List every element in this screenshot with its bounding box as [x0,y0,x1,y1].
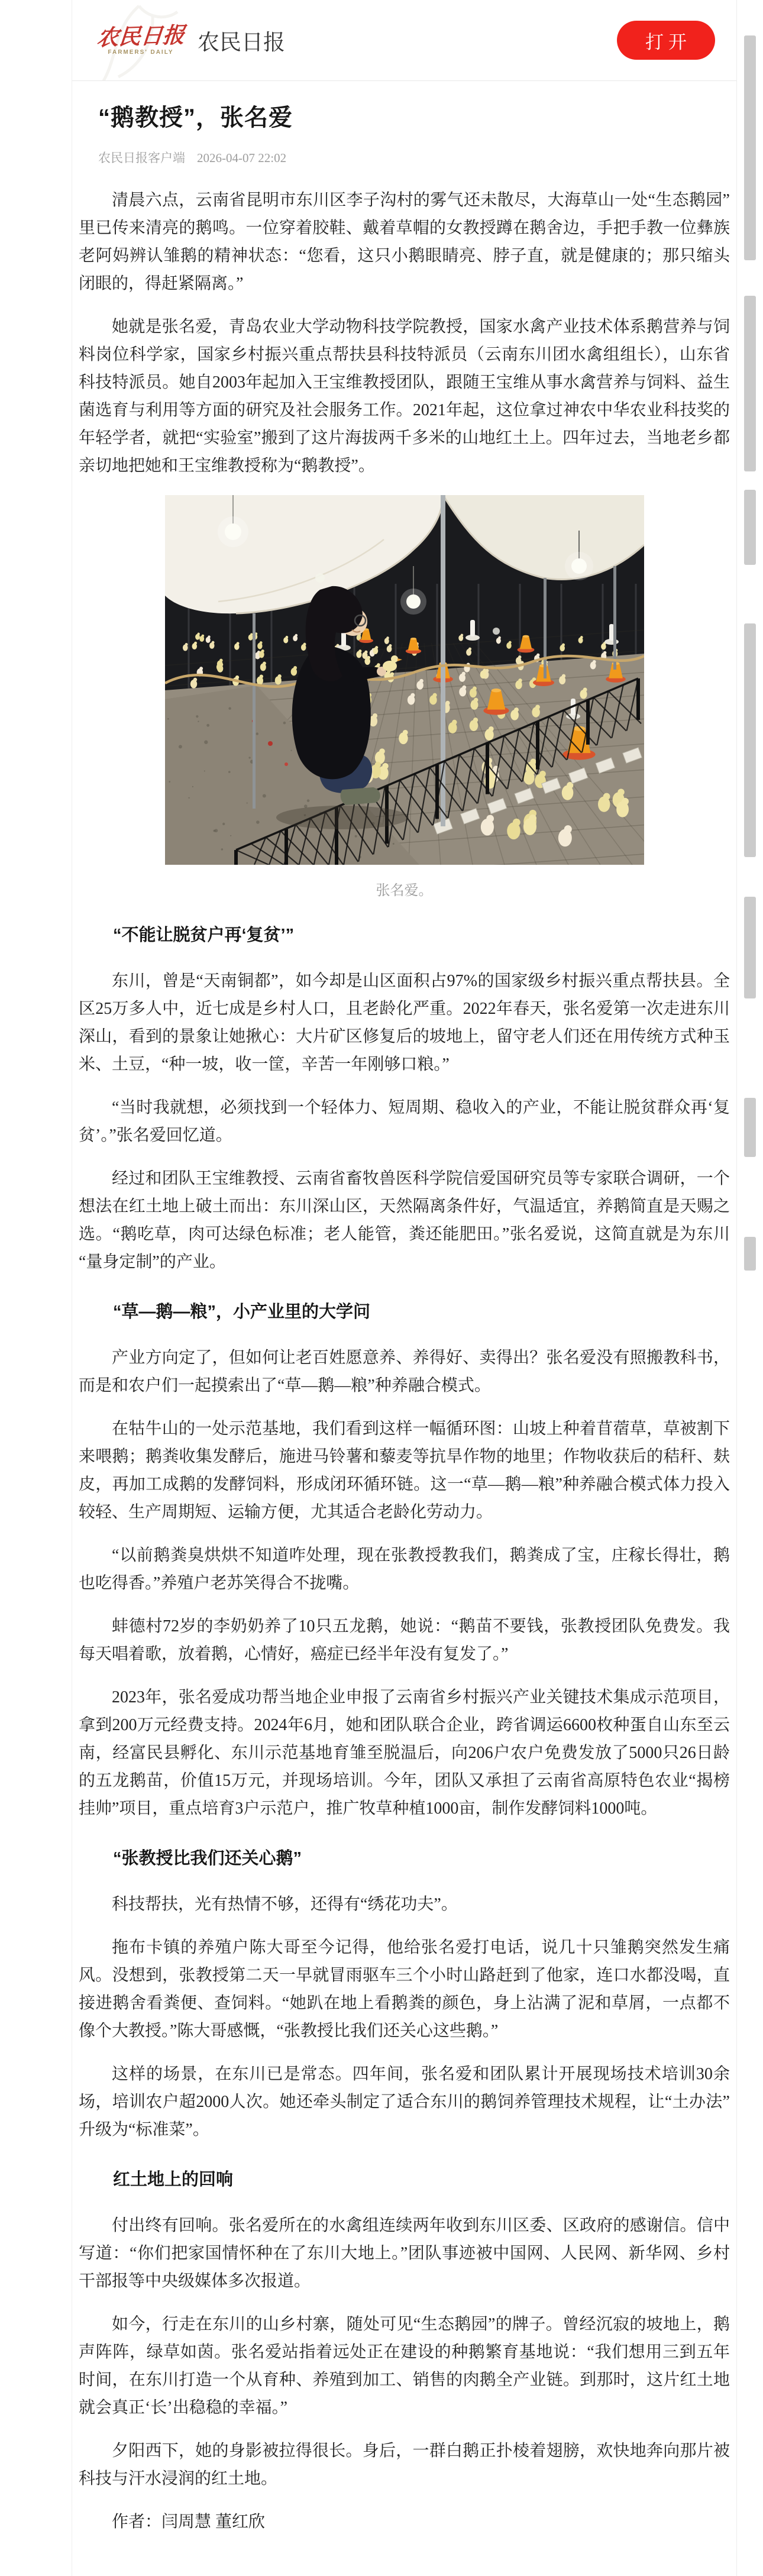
byline: 农民日报客户端2026-04-07 22:02 [98,148,710,166]
logo-calligraphy: 农民日报 [96,24,186,49]
section-heading: “张教授比我们还关心鹅” [79,1845,730,1873]
section-heading: “不能让脱贫户再‘复贫’” [79,922,730,949]
article-title: “鹅教授”，张名爱 [98,99,710,132]
farmers-daily-logo: 农民日报 FARMERS' DAILY [97,25,185,56]
author-line: 作者：闫周慧 董红欣 [79,2508,730,2536]
article-paragraph: 清晨六点，云南省昆明市东川区李子沟村的雾气还未散尽，大海草山一处“生态鹅园”里已… [79,186,730,298]
article-body: 清晨六点，云南省昆明市东川区李子沟村的雾气还未散尽，大海草山一处“生态鹅园”里已… [72,166,736,2576]
scrollbar-thumb[interactable] [744,623,756,857]
intro-paragraphs: 清晨六点，云南省昆明市东川区李子沟村的雾气还未散尽，大海草山一处“生态鹅园”里已… [79,186,730,480]
article-paragraph: 她就是张名爱，青岛农业大学动物科技学院教授，国家水禽产业技术体系鹅营养与饲料岗位… [79,313,730,480]
scrollbar-thumb[interactable] [744,1237,756,1271]
goose-farm-photo [165,495,644,865]
app-name: 农民日报 [198,24,285,56]
article-paragraph: “当时我就想，必须找到一个轻体力、短周期、稳收入的产业，不能让脱贫群众再‘复贫’… [79,1094,730,1149]
publish-time: 2026-04-07 22:02 [197,151,286,165]
article-paragraph: 夕阳西下，她的身影被拉得很长。身后，一群白鹅正扑棱着翅膀，欢快地奔向那片被科技与… [79,2437,730,2493]
scrollbar-thumb[interactable] [744,490,756,565]
article-paragraph: “以前鹅粪臭烘烘不知道咋处理，现在张教授教我们，鹅粪成了宝，庄稼长得壮，鹅也吃得… [79,1541,730,1597]
body-paragraphs: “不能让脱贫户再‘复贫’”东川，曾是“天南铜都”，如今却是山区面积占97%的国家… [79,922,730,2493]
scrollbar-thumb[interactable] [744,897,756,998]
logo-english-name: FARMERS' DAILY [108,50,173,56]
article-paragraph: 蚌德村72岁的李奶奶养了10只五龙鹅，她说：“鹅苗不要钱，张教授团队免费发。我每… [79,1612,730,1668]
article-paragraph: 产业方向定了，但如何让老百姓愿意养、养得好、卖得出？张名爱没有照搬教科书，而是和… [79,1344,730,1399]
article-paragraph: 在牯牛山的一处示范基地，我们看到这样一幅循环图：山坡上种着苜蓿草，草被割下来喂鹅… [79,1415,730,1526]
article-photo [165,495,644,868]
article-paragraph: 科技帮扶，光有热情不够，还得有“绣花功夫”。 [79,1890,730,1918]
article-paragraph: 付出终有回响。张名爱所在的水禽组连续两年收到东川区委、区政府的感谢信。信中写道：… [79,2212,730,2295]
article-paragraph: 拖布卡镇的养殖户陈大哥至今记得，他给张名爱打电话，说几十只雏鹅突然发生痛风。没想… [79,1934,730,2045]
article-paragraph: 如今，行走在东川的山乡村寨，随处可见“生态鹅园”的牌子。曾经沉寂的坡地上，鹅声阵… [79,2310,730,2422]
article-paragraph: 这样的场景，在东川已是常态。四年间，张名爱和团队累计开展现场技术培训30余场，培… [79,2060,730,2144]
article-paragraph: 东川，曾是“天南铜都”，如今却是山区面积占97%的国家级乡村振兴重点帮扶县。全区… [79,967,730,1078]
scrollbar-thumb[interactable] [744,296,756,471]
app-banner: 农民日报 FARMERS' DAILY 农民日报 打开 [72,0,736,81]
scrollbar-thumb[interactable] [744,1098,756,1157]
open-app-button[interactable]: 打开 [617,21,715,60]
source-name: 农民日报客户端 [98,151,185,165]
article-header: “鹅教授”，张名爱 农民日报客户端2026-04-07 22:02 [72,81,736,166]
article-paragraph: 2023年，张名爱成功帮当地企业申报了云南省乡村振兴产业关键技术集成示范项目，拿… [79,1683,730,1822]
section-heading: 红土地上的回响 [79,2166,730,2194]
article-paragraph: 经过和团队王宝维教授、云南省畜牧兽医科学院信爱国研究员等专家联合调研，一个想法在… [79,1165,730,1276]
section-heading: “草—鹅—粮”，小产业里的大学问 [79,1298,730,1326]
photo-caption: 张名爱。 [79,878,730,899]
scrollbar-thumb[interactable] [744,35,756,260]
article-page: 农民日报 FARMERS' DAILY 农民日报 打开 “鹅教授”，张名爱 农民… [72,0,737,2576]
